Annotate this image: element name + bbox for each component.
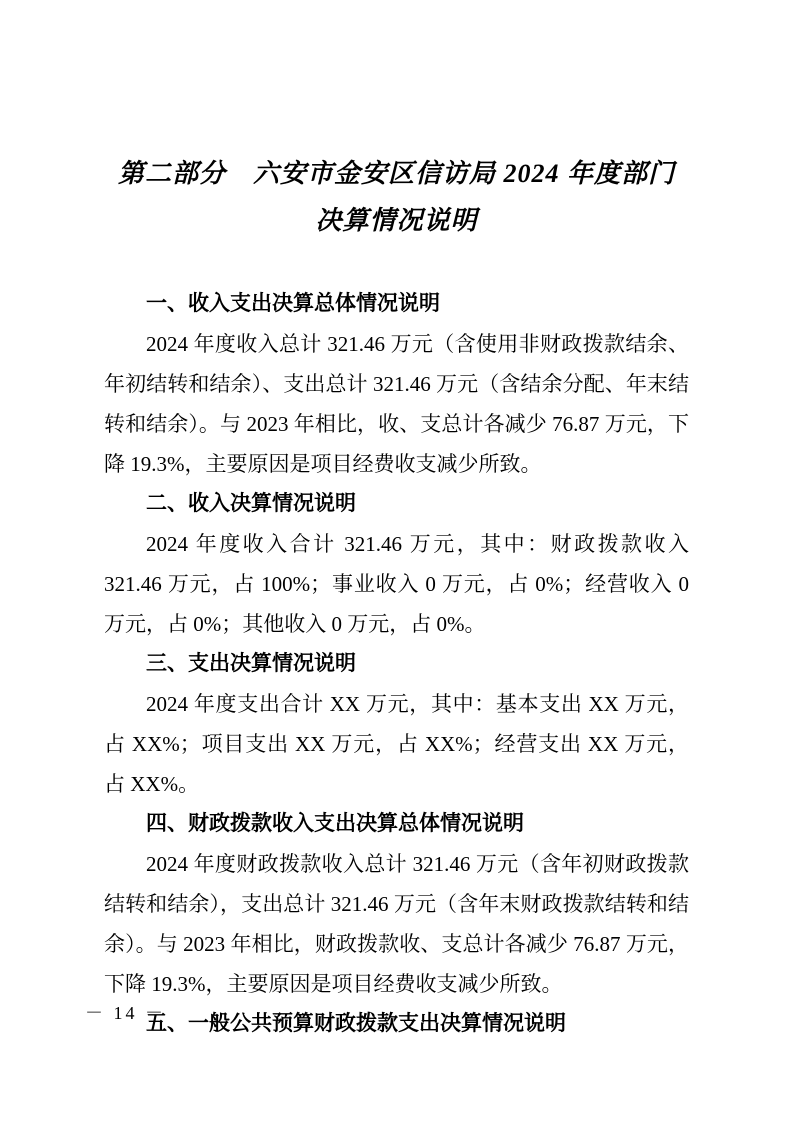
section-5-heading: 五、一般公共预算财政拨款支出决算情况说明 — [104, 1004, 689, 1044]
page-content: 第二部分 六安市金安区信访局 2024 年度部门 决算情况说明 一、收入支出决算… — [0, 0, 793, 1044]
section-4-paragraph: 2024 年度财政拨款收入总计 321.46 万元（含年初财政拨款结转和结余），… — [104, 844, 689, 1004]
section-3-heading: 三、支出决算情况说明 — [104, 644, 689, 684]
document-body: 一、收入支出决算总体情况说明 2024 年度收入总计 321.46 万元（含使用… — [104, 284, 689, 1044]
section-2-paragraph: 2024 年度收入合计 321.46 万元，其中：财政拨款收入 321.46 万… — [104, 524, 689, 644]
section-1-paragraph: 2024 年度收入总计 321.46 万元（含使用非财政拨款结余、年初结转和结余… — [104, 324, 689, 484]
section-4-heading: 四、财政拨款收入支出决算总体情况说明 — [104, 804, 689, 844]
document-title-line-1: 第二部分 六安市金安区信访局 2024 年度部门 — [104, 150, 689, 197]
page-number: － 14 － — [85, 1000, 166, 1026]
section-2-heading: 二、收入决算情况说明 — [104, 484, 689, 524]
section-3-paragraph: 2024 年度支出合计 XX 万元，其中：基本支出 XX 万元，占 XX%；项目… — [104, 684, 689, 804]
section-1-heading: 一、收入支出决算总体情况说明 — [104, 284, 689, 324]
document-title-line-2: 决算情况说明 — [104, 197, 689, 244]
document-page: 第二部分 六安市金安区信访局 2024 年度部门 决算情况说明 一、收入支出决算… — [0, 0, 793, 1122]
document-title: 第二部分 六安市金安区信访局 2024 年度部门 决算情况说明 — [104, 150, 689, 244]
